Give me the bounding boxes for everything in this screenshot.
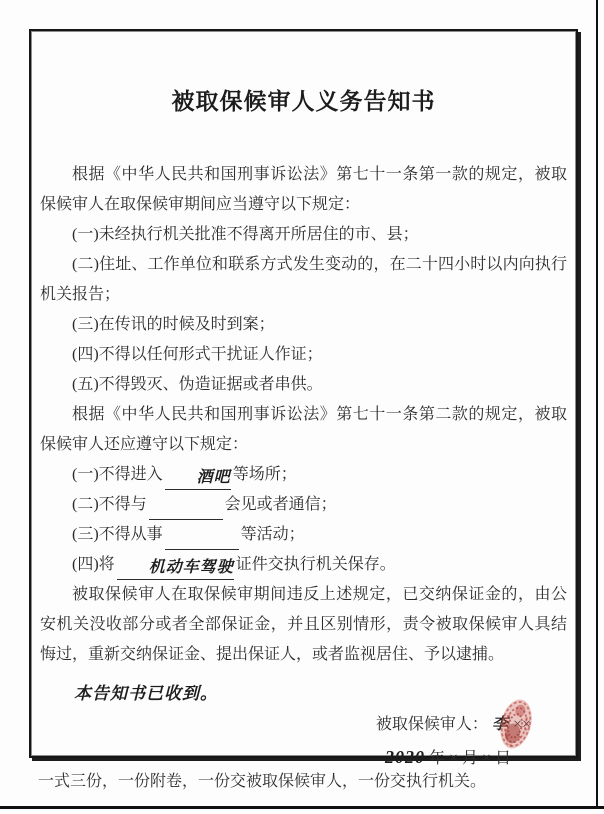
rule-suffix: 等活动； bbox=[241, 526, 305, 543]
rule-suffix: 证件交执行机关保存。 bbox=[236, 556, 396, 573]
date-year: 2020 bbox=[385, 747, 425, 767]
receipt-note: 本告知书已收到。 bbox=[40, 679, 567, 709]
date-rest: 年 × 月 × 日 bbox=[425, 750, 511, 767]
page-edge-line-right bbox=[596, 0, 598, 808]
signature-row: 被取保候审人： 李 ×× bbox=[40, 710, 567, 740]
page: { "document": { "title": "被取保候审人义务告知书", … bbox=[0, 0, 604, 814]
document-body: 根据《中华人民共和国刑事诉讼法》第七十一条第一款的规定，被取保候审人在取保候审期… bbox=[40, 160, 567, 774]
section2-rule-4: (四)将机动车驾驶证件交执行机关保存。 bbox=[40, 550, 567, 580]
signature-name: 李 bbox=[492, 716, 509, 733]
distribution-note: 一式三份，一份附卷，一份交被取保候审人，一份交执行机关。 bbox=[38, 770, 578, 794]
section1-rule-5: (五)不得毁灭、伪造证据或者串供。 bbox=[40, 370, 567, 400]
rule-prefix: (二)不得与 bbox=[72, 496, 147, 513]
rule-prefix: (一)不得进入 bbox=[72, 466, 163, 483]
fill-blank-license: 机动车驾驶 bbox=[117, 557, 234, 580]
section1-rule-4: (四)不得以任何形式干扰证人作证； bbox=[40, 340, 567, 370]
section2-rule-2: (二)不得与会见或者通信； bbox=[40, 490, 567, 520]
signature-name-suffix: ×× bbox=[513, 716, 531, 733]
rule-suffix: 等场所； bbox=[233, 466, 297, 483]
section2-rule-3: (三)不得从事等活动； bbox=[40, 520, 567, 550]
document-frame: 被取保候审人义务告知书 根据《中华人民共和国刑事诉讼法》第七十一条第一款的规定，… bbox=[29, 29, 578, 758]
fill-blank-venue: 酒吧 bbox=[165, 467, 231, 490]
section1-rule-3: (三)在传讯的时候及时到案； bbox=[40, 310, 567, 340]
page-edge-line-bottom bbox=[0, 806, 604, 809]
section1-rule-2: (二)住址、工作单位和联系方式发生变动的，在二十四小时以内向执行机关报告； bbox=[40, 250, 567, 310]
signature-label: 被取保候审人： bbox=[376, 716, 488, 733]
document-frame-inner: 被取保候审人义务告知书 根据《中华人民共和国刑事诉讼法》第七十一条第一款的规定，… bbox=[31, 31, 576, 756]
rule-prefix: (四)将 bbox=[72, 556, 115, 573]
document-title: 被取保候审人义务告知书 bbox=[40, 83, 567, 116]
rule-prefix: (三)不得从事 bbox=[72, 526, 163, 543]
section2-rule-1: (一)不得进入酒吧等场所； bbox=[40, 460, 567, 490]
section2-intro: 根据《中华人民共和国刑事诉讼法》第七十一条第二款的规定，被取保候审人还应遵守以下… bbox=[40, 400, 567, 460]
rule-suffix: 会见或者通信； bbox=[225, 496, 337, 513]
section1-intro: 根据《中华人民共和国刑事诉讼法》第七十一条第一款的规定，被取保候审人在取保候审期… bbox=[40, 160, 567, 220]
penalty-paragraph: 被取保候审人在取保候审期间违反上述规定，已交纳保证金的，由公安机关没收部分或者全… bbox=[40, 580, 567, 670]
section1-rule-1: (一)未经执行机关批准不得离开所居住的市、县； bbox=[40, 220, 567, 250]
